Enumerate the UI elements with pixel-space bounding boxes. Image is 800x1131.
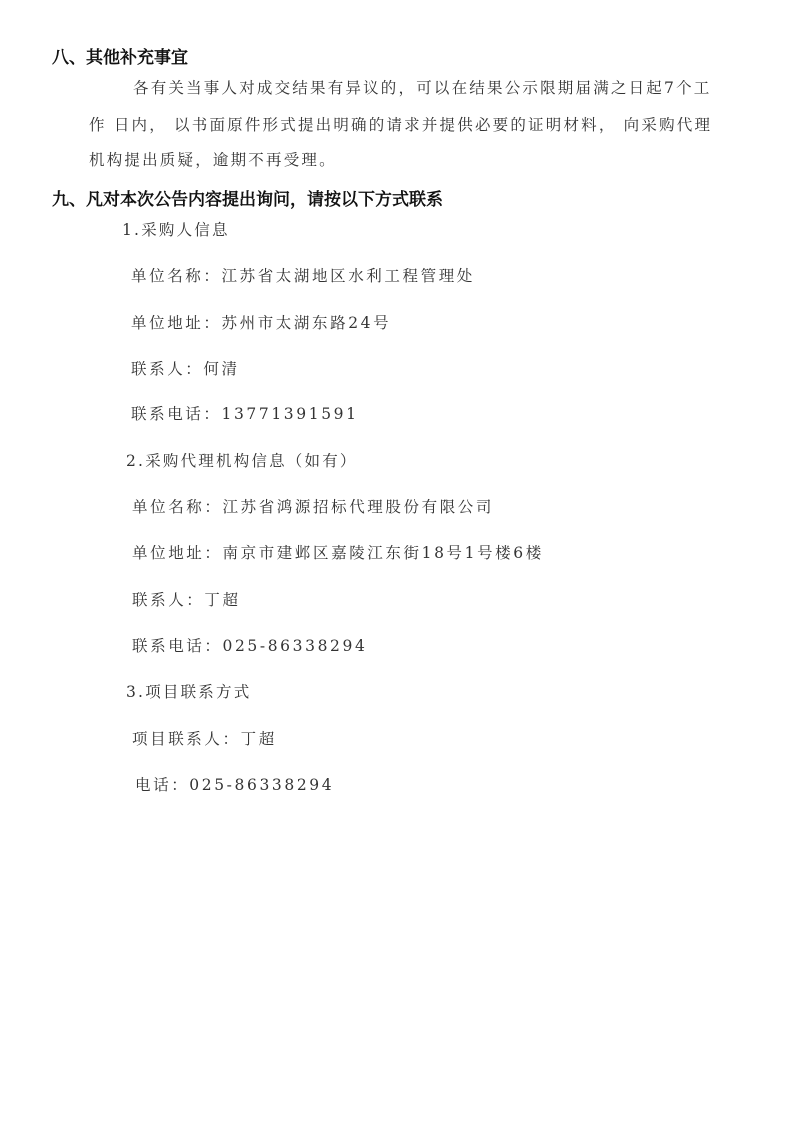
agency-name: 单位名称：江苏省鸿源招标代理股份有限公司 bbox=[132, 497, 494, 517]
section-8-title: 八、其他补充事宜 bbox=[52, 48, 188, 68]
project-phone: 电话：025-86338294 bbox=[135, 775, 334, 795]
agency-contact: 联系人：丁超 bbox=[132, 590, 241, 610]
agency-info-heading: 2.采购代理机构信息（如有） bbox=[126, 451, 358, 471]
purchaser-name: 单位名称：江苏省太湖地区水利工程管理处 bbox=[131, 266, 475, 286]
section-8-paragraph-line-1: 各有关当事人对成交结果有异议的，可以在结果公示限期届满之日起7个工 bbox=[133, 78, 711, 98]
project-contact-heading: 3.项目联系方式 bbox=[126, 682, 251, 702]
project-contact: 项目联系人：丁超 bbox=[132, 729, 277, 749]
purchaser-info-heading: 1.采购人信息 bbox=[122, 220, 230, 240]
agency-phone: 联系电话：025-86338294 bbox=[132, 636, 367, 656]
section-9-title: 九、凡对本次公告内容提出询问，请按以下方式联系 bbox=[52, 190, 443, 210]
purchaser-address: 单位地址：苏州市太湖东路24号 bbox=[131, 313, 391, 333]
section-8-paragraph-line-3: 机构提出质疑，逾期不再受理。 bbox=[89, 150, 337, 170]
purchaser-phone: 联系电话：13771391591 bbox=[131, 404, 359, 424]
document-page: 八、其他补充事宜 各有关当事人对成交结果有异议的，可以在结果公示限期届满之日起7… bbox=[0, 0, 800, 1131]
purchaser-contact: 联系人：何清 bbox=[131, 359, 240, 379]
agency-address: 单位地址：南京市建邺区嘉陵江东街18号1号楼6楼 bbox=[132, 543, 544, 563]
section-8-paragraph-line-2: 作 日内， 以书面原件形式提出明确的请求并提供必要的证明材料， 向采购代理 bbox=[89, 115, 712, 135]
